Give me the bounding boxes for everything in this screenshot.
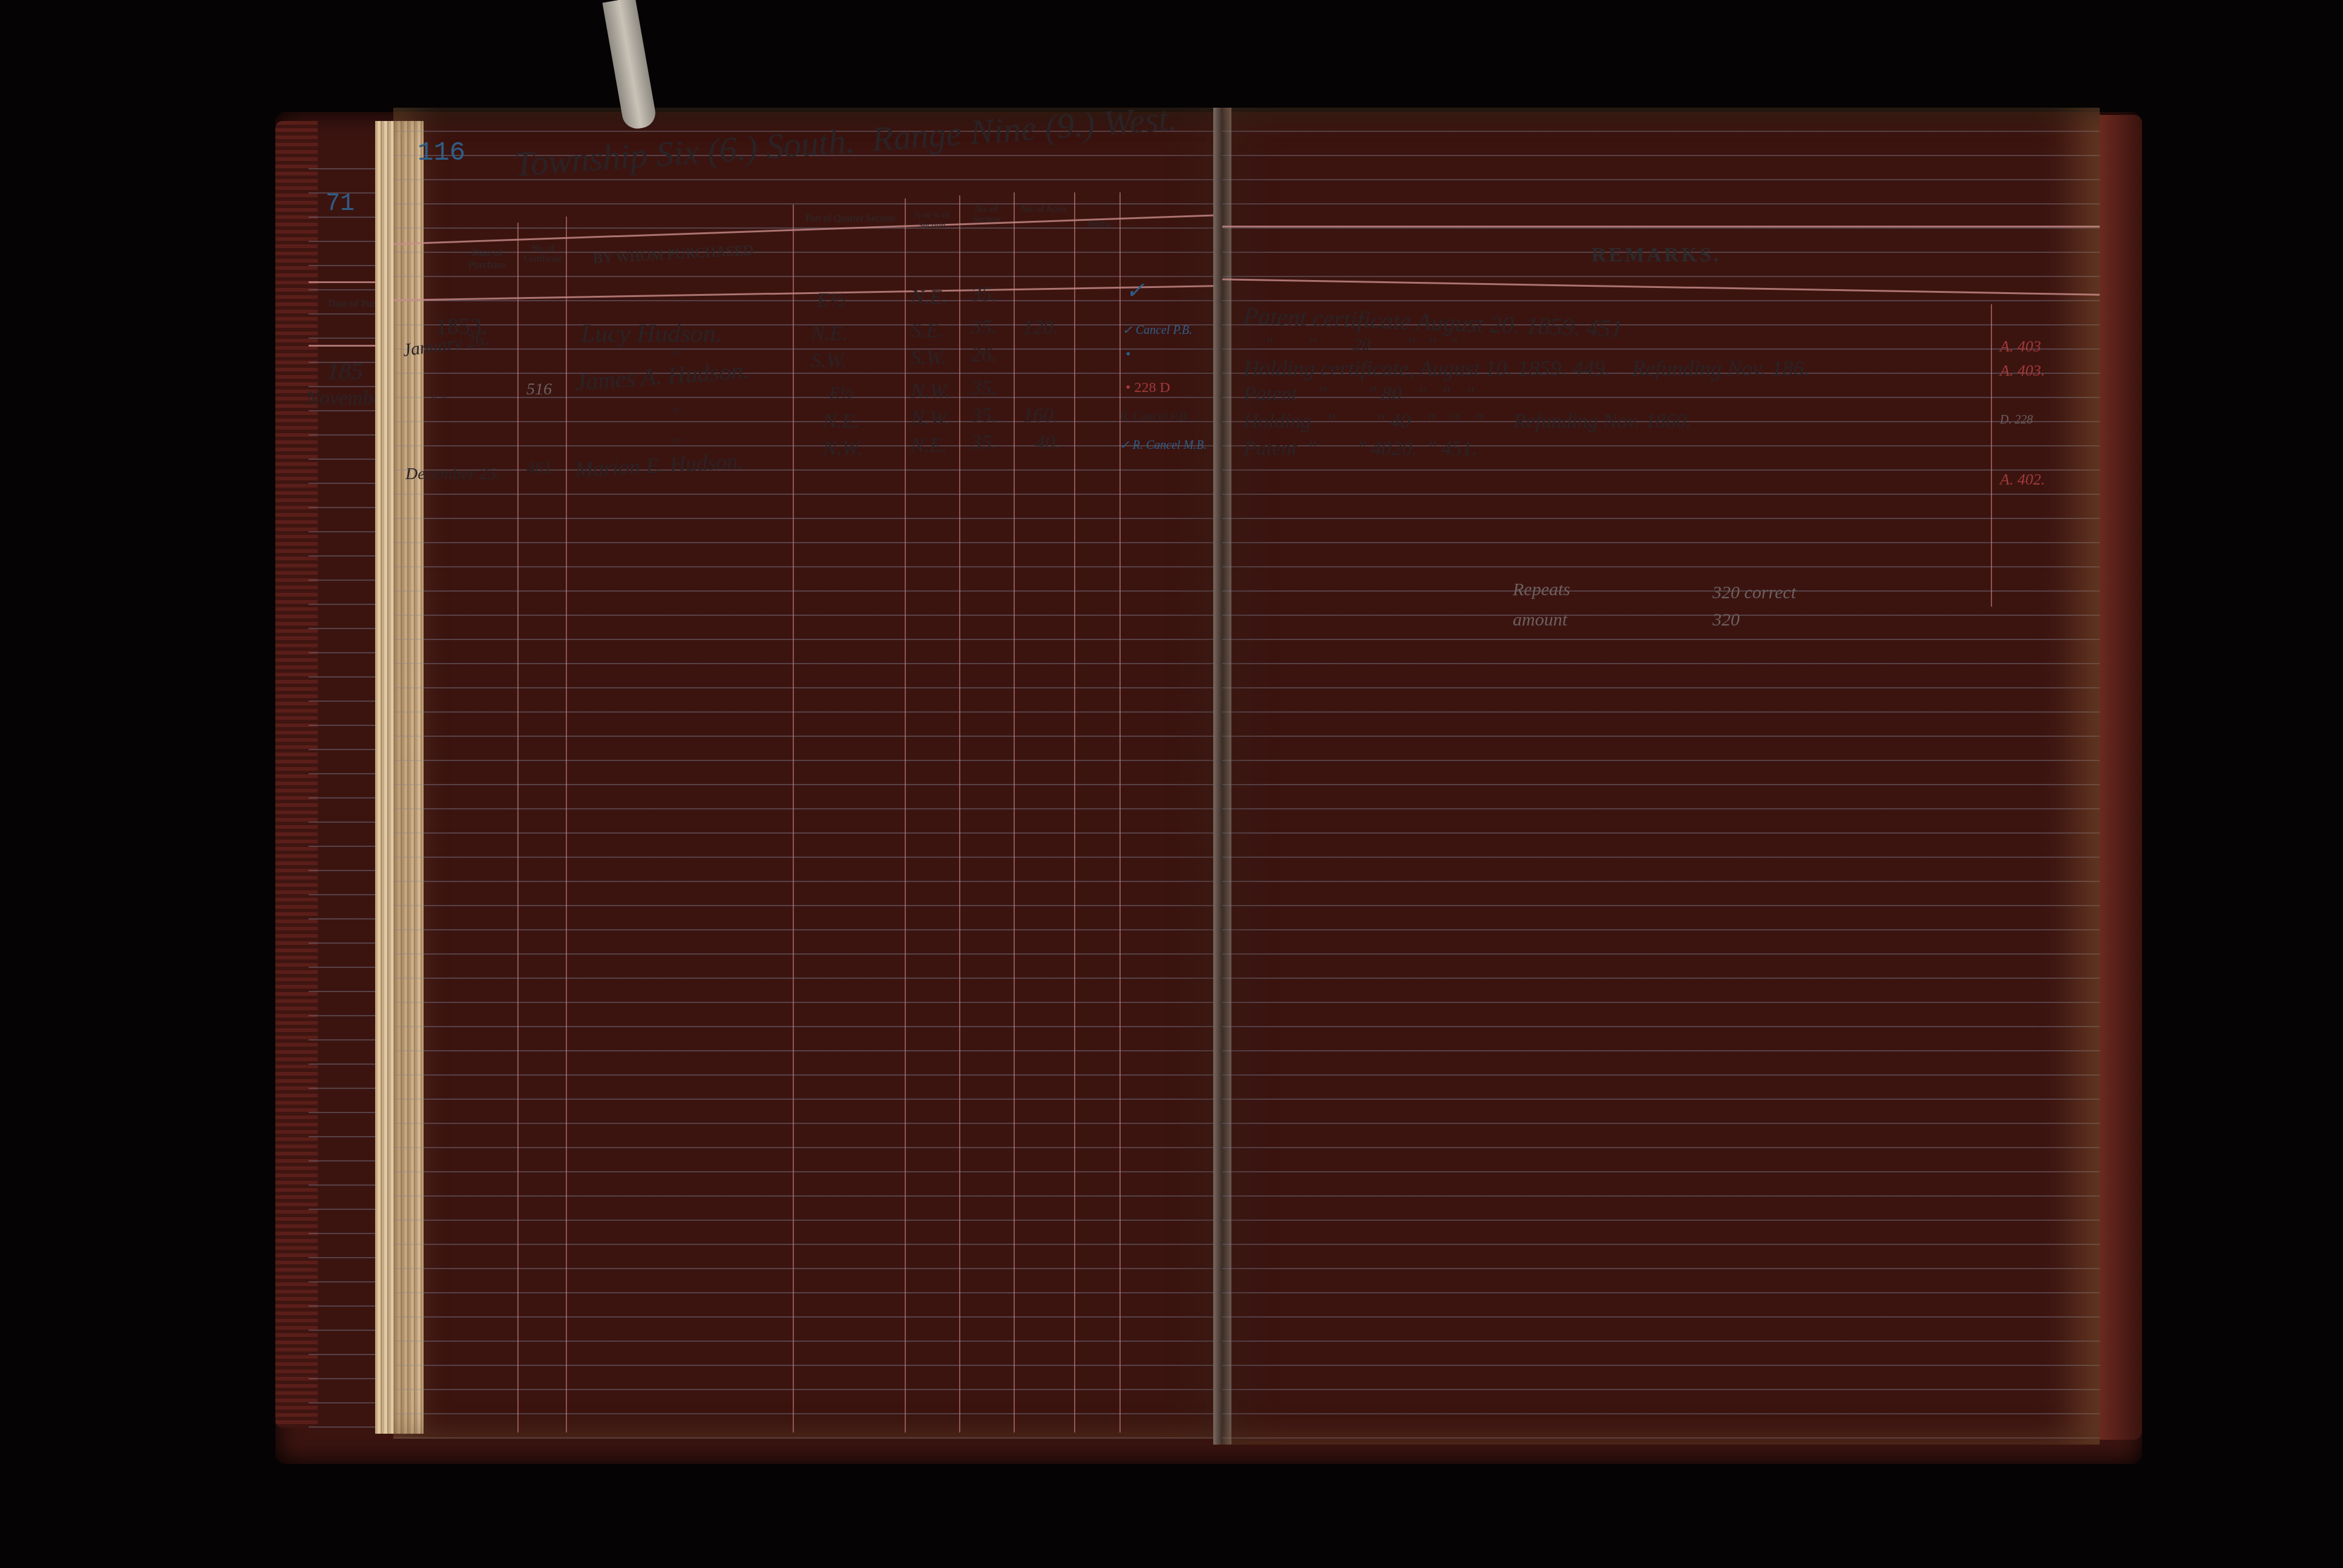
margin-ref-1: A. 403	[2000, 338, 2041, 356]
row-2-mark: •	[1126, 347, 1130, 363]
pencil-note-value-1: 320 correct	[1712, 583, 1796, 603]
col-header-purchaser: BY WHOM PURCHASED	[592, 243, 753, 267]
col-header-fraction: ½ or ¼ of Section	[908, 211, 956, 231]
row-3-part: E½	[829, 383, 854, 403]
margin-ref-4: A. 402.	[2000, 471, 2045, 489]
page-title: Township Six (6.) South. Range Nine (9.)…	[513, 98, 1179, 185]
row-5-section: 35.	[971, 431, 997, 454]
row-5-part: N.W.	[823, 437, 862, 460]
ledger-left-page: 116 Township Six (6.) South. Range Nine …	[393, 108, 1222, 1439]
pencil-note-label-1: Repeats	[1513, 580, 1570, 600]
row-5-mark: ✓ R. Cancel M.B.	[1119, 437, 1207, 452]
row-3-date: " "	[430, 392, 447, 410]
row-1-acres: 120.	[1023, 316, 1059, 339]
remark-line-5: Holding " " 40 " " " Refunding Nov. 1860…	[1244, 410, 1691, 433]
row-4-of-section: N.W.	[911, 407, 950, 430]
row-0-checkmark: ✓	[1126, 277, 1145, 304]
row-5-of-section: N.E.	[911, 434, 947, 457]
row-4-purchaser: "	[672, 404, 680, 425]
row-4-acres: 160.	[1023, 404, 1059, 427]
pencil-note-label-2: amount	[1513, 610, 1567, 630]
row-3-section: 35.	[971, 377, 997, 400]
row-4-section: 35.	[971, 404, 997, 427]
remark-line-2: " " 20 " " "	[1265, 335, 1457, 355]
col-header-hundredths: 100ths	[1077, 220, 1119, 230]
row-0-part: E½	[817, 289, 845, 312]
row-3-purchaser: James A. Hudson.	[574, 356, 750, 396]
ledger-right-page: REMARKS. Patent certificate August 20. 1…	[1222, 108, 2100, 1445]
row-2-part: S.W.	[811, 350, 847, 373]
header-rule-bottom	[1222, 278, 2100, 295]
row-2-section: 26.	[971, 344, 997, 367]
underlying-year: 185	[327, 357, 363, 385]
row-1-part: N.E.	[811, 322, 847, 345]
row-2-of-section: S.W.	[911, 347, 946, 370]
row-4-mark: B. Cancel P.B.	[1119, 410, 1190, 424]
remark-line-4: Patent " " 80 " " "	[1244, 383, 1474, 406]
column-divider	[793, 204, 794, 1432]
row-3-certificate: 516	[526, 380, 552, 399]
row-1-section: 35.	[971, 316, 997, 339]
margin-ref-2: A. 403.	[2000, 362, 2045, 380]
row-6-date: December 25.	[405, 465, 500, 484]
underlying-page-number: 71	[326, 191, 355, 218]
row-6-certificate: 461	[526, 459, 552, 478]
col-header-date: Date of Purchase	[457, 247, 517, 271]
row-1-of-section: S.E.	[911, 319, 944, 342]
row-5-acres: 40.	[1035, 431, 1061, 454]
row-0-of-section: N.E.	[911, 286, 947, 309]
header-rule-top	[1222, 226, 2100, 227]
pencil-note-value-2: 320	[1712, 610, 1740, 630]
row-0-section: 35.	[971, 283, 997, 306]
row-4-part: N.E.	[823, 410, 859, 433]
col-header-certificate: No. of Certificate	[520, 244, 566, 264]
column-divider	[1014, 192, 1015, 1432]
column-divider	[566, 217, 567, 1432]
remark-line-6: Patent " " 4020. " 451.	[1244, 437, 1478, 460]
column-divider	[959, 195, 960, 1432]
column-divider	[1119, 192, 1121, 1432]
col-header-acres: No. of Acres	[1017, 204, 1071, 215]
col-header-part: Part of Quarter Section	[805, 214, 896, 224]
column-divider	[1074, 192, 1075, 1432]
remarks-header: REMARKS.	[1591, 244, 1721, 267]
margin-ref-3: D. 228	[2000, 413, 2033, 427]
margin-column-divider	[1991, 304, 1992, 607]
remark-line-3: Holding certificate, August 10. 1859. 44…	[1244, 356, 1810, 381]
row-3-of-section: N.W.	[911, 380, 950, 403]
column-divider	[905, 198, 906, 1432]
page-number: 116	[418, 138, 465, 168]
row-1-purchaser: Lucy Hudson.	[581, 319, 722, 348]
col-header-section: No. of Section	[962, 204, 1011, 225]
row-1-mark: ✓ Cancel P.B.	[1122, 322, 1192, 338]
row-3-mark: • 228 D	[1126, 380, 1170, 396]
column-divider	[517, 223, 519, 1432]
book-cover-right-edge	[2100, 115, 2142, 1440]
row-6-purchaser: Marion E. Hudson.	[574, 448, 744, 482]
